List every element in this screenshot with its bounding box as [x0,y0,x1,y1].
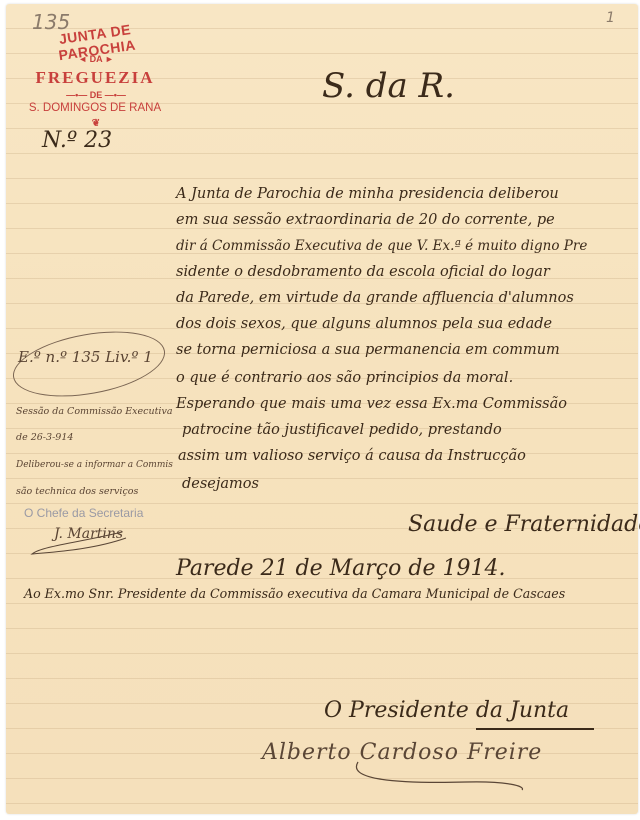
margin-note-line: de 26-3-914 [16,432,73,443]
body-line: assim um valioso serviço á causa da Inst… [178,448,526,464]
document-sheet: 135 1 JUNTA DE PAROCHIA ◄ DA ► FREGUEZIA… [6,4,638,814]
stamp-place-label: S. DOMINGOS DE RANA [20,102,170,114]
page-number: 1 [606,10,615,26]
body-line: Esperando que mais uma vez essa Ex.ma Co… [176,396,567,412]
margin-note-line: Sessão da Commissão Executiva [16,406,173,417]
body-line: sidente o desdobramento da escola oficia… [176,264,550,280]
margin-note-line: Deliberou-se a informar a Commis [16,460,173,470]
margin-note-line: são technica dos serviços [16,486,138,497]
stamp-de-label: —•— DE —•— [26,90,166,100]
signature-underline [476,728,594,730]
initials-flourish-icon [22,528,132,558]
body-line: dir á Commissão Executiva de que V. Ex.ª… [176,238,587,254]
body-line: se torna perniciosa a sua permanencia em… [176,342,560,358]
body-line: em sua sessão extraordinaria de 20 do co… [176,212,555,228]
body-line: o que é contrario aos são principios da … [176,370,513,386]
stamp-da-label: ◄ DA ► [26,54,166,64]
body-line: A Junta de Parochia de minha presidencia… [176,186,559,202]
body-line: desejamos [182,476,259,492]
body-line: da Parede, em virtude da grande affluenc… [176,290,574,306]
stamp-freguezia-label: FREGUEZIA [20,68,170,88]
office-stamp: O Chefe da Secretaria [24,506,143,520]
date-line: Parede 21 de Março de 1914. [176,556,505,581]
addressee-line: Ao Ex.mo Snr. Presidente da Commissão ex… [24,586,565,601]
margin-oval-note: E.º n.º 135 Liv.º 1 [18,348,153,366]
signature-title: O Presidente da Junta [324,698,569,723]
body-line: dos dois sexos, que alguns alumnos pela … [176,316,552,332]
signature-flourish-icon [346,756,546,796]
body-line: patrocine tão justificavel pedido, prest… [182,422,502,438]
closing-greeting: Saude e Fraternidade [408,512,640,537]
salutation: S. da R. [322,66,455,106]
document-number: N.º 23 [42,128,112,153]
